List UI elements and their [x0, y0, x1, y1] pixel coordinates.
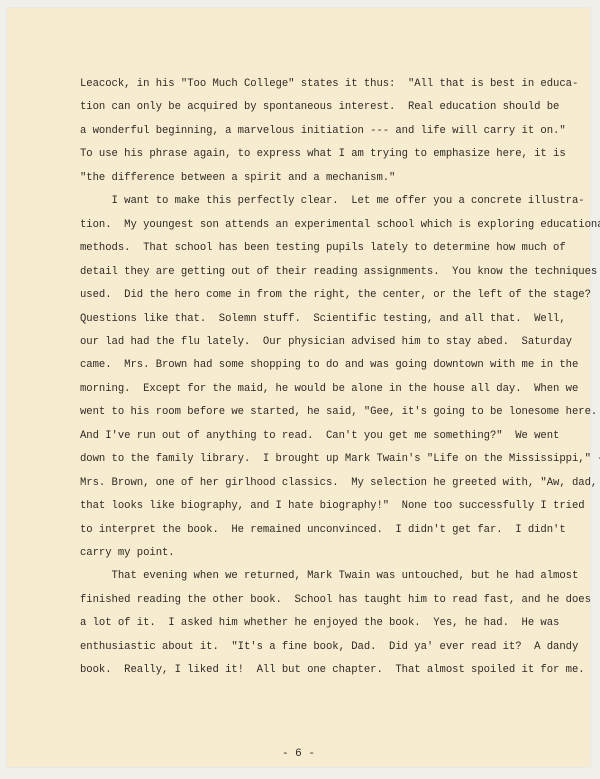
- text-line: our lad had the flu lately. Our physicia…: [80, 335, 572, 349]
- text-line: carry my point.: [80, 546, 175, 560]
- text-line: a lot of it. I asked him whether he enjo…: [80, 616, 559, 630]
- text-line: book. Really, I liked it! All but one ch…: [80, 663, 585, 677]
- text-line: down to the family library. I brought up…: [80, 452, 600, 466]
- text-line: used. Did the hero come in from the righ…: [80, 288, 591, 302]
- text-line: Leacock, in his "Too Much College" state…: [80, 77, 578, 91]
- text-line: And I've run out of anything to read. Ca…: [80, 429, 559, 443]
- text-line: that looks like biography, and I hate bi…: [80, 499, 585, 513]
- text-line: finished reading the other book. School …: [80, 593, 591, 607]
- text-line: tion. My youngest son attends an experim…: [80, 218, 600, 232]
- text-line: enthusiastic about it. "It's a fine book…: [80, 640, 578, 654]
- text-line: to interpret the book. He remained uncon…: [80, 523, 566, 537]
- text-line: Questions like that. Solemn stuff. Scien…: [80, 312, 566, 326]
- text-line: To use his phrase again, to express what…: [80, 147, 566, 161]
- text-line: detail they are getting out of their rea…: [80, 265, 597, 279]
- text-line: went to his room before we started, he s…: [80, 405, 597, 419]
- text-line: "the difference between a spirit and a m…: [80, 171, 395, 185]
- text-line: tion can only be acquired by spontaneous…: [80, 100, 559, 114]
- text-line: morning. Except for the maid, he would b…: [80, 382, 578, 396]
- text-line: I want to make this perfectly clear. Let…: [80, 194, 585, 208]
- text-line: That evening when we returned, Mark Twai…: [80, 569, 578, 583]
- text-line: a wonderful beginning, a marvelous initi…: [80, 124, 566, 138]
- text-line: came. Mrs. Brown had some shopping to do…: [80, 358, 578, 372]
- document-page: Leacock, in his "Too Much College" state…: [7, 8, 590, 767]
- text-line: methods. That school has been testing pu…: [80, 241, 566, 255]
- text-line: Mrs. Brown, one of her girlhood classics…: [80, 476, 597, 490]
- page-number: - 6 -: [7, 748, 590, 760]
